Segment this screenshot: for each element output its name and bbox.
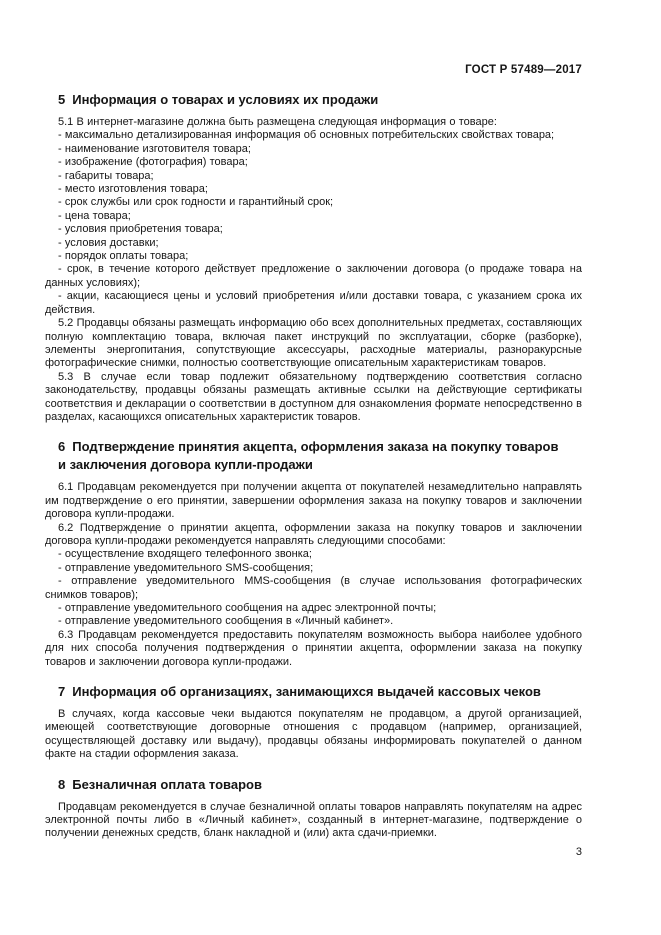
paragraph: 6.3 Продавцам рекомендуется предоставить… — [45, 629, 582, 669]
list-item: - условия приобретения товара; — [45, 223, 582, 236]
list-item: - изображение (фотография) товара; — [45, 156, 582, 169]
list-item: - срок, в течение которого действует пре… — [45, 263, 582, 290]
page-number: 3 — [45, 846, 582, 859]
section-8-heading: 8Безналичная оплата товаров — [45, 776, 570, 794]
section-title: Информация о товарах и условиях их прода… — [72, 92, 378, 107]
paragraph: В случаях, когда кассовые чеки выдаются … — [45, 708, 582, 762]
paragraph: 6.1 Продавцам рекомендуется при получени… — [45, 481, 582, 521]
paragraph: 5.3 В случае если товар подлежит обязате… — [45, 371, 582, 425]
list-item: - срок службы или срок годности и гарант… — [45, 196, 582, 209]
paragraph: Продавцам рекомендуется в случае безнали… — [45, 801, 582, 841]
list-item: - габариты товара; — [45, 170, 582, 183]
list-item: - осуществление входящего телефонного зв… — [45, 548, 582, 561]
paragraph: 5.2 Продавцы обязаны размещать информаци… — [45, 317, 582, 371]
list-item: - наименование изготовителя товара; — [45, 143, 582, 156]
list-item: - цена товара; — [45, 210, 582, 223]
list-item: - отправление уведомительного SMS-сообще… — [45, 562, 582, 575]
paragraph: 5.1 В интернет-магазине должна быть разм… — [45, 116, 582, 129]
document-code-header: ГОСТ Р 57489—2017 — [45, 64, 582, 77]
section-number: 7 — [58, 684, 65, 699]
section-6: 6Подтверждение принятия акцепта, оформле… — [45, 438, 582, 669]
list-item: - акции, касающиеся цены и условий приоб… — [45, 290, 582, 317]
list-item: - порядок оплаты товара; — [45, 250, 582, 263]
section-8: 8Безналичная оплата товаров Продавцам ре… — [45, 776, 582, 841]
section-7-heading: 7Информация об организациях, занимающихс… — [45, 683, 570, 701]
list-item: - отправление уведомительного сообщения … — [45, 615, 582, 628]
section-title: Информация об организациях, занимающихся… — [72, 684, 541, 699]
list-item: - место изготовления товара; — [45, 183, 582, 196]
section-5-heading: 5Информация о товарах и условиях их прод… — [45, 91, 570, 109]
section-5: 5Информация о товарах и условиях их прод… — [45, 91, 582, 424]
list-item: - отправление уведомительного сообщения … — [45, 602, 582, 615]
section-6-heading: 6Подтверждение принятия акцепта, оформле… — [45, 438, 570, 474]
list-item: - максимально детализированная информаци… — [45, 129, 582, 142]
list-item: - отправление уведомительного MMS-сообще… — [45, 575, 582, 602]
section-number: 6 — [58, 439, 65, 454]
document-page: ГОСТ Р 57489—2017 5Информация о товарах … — [0, 0, 661, 935]
section-number: 8 — [58, 777, 65, 792]
section-number: 5 — [58, 92, 65, 107]
section-title: Безналичная оплата товаров — [72, 777, 262, 792]
section-title: Подтверждение принятия акцепта, оформлен… — [58, 439, 558, 472]
list-item: - условия доставки; — [45, 237, 582, 250]
paragraph: 6.2 Подтверждение о принятии акцепта, оф… — [45, 522, 582, 549]
section-7: 7Информация об организациях, занимающихс… — [45, 683, 582, 762]
